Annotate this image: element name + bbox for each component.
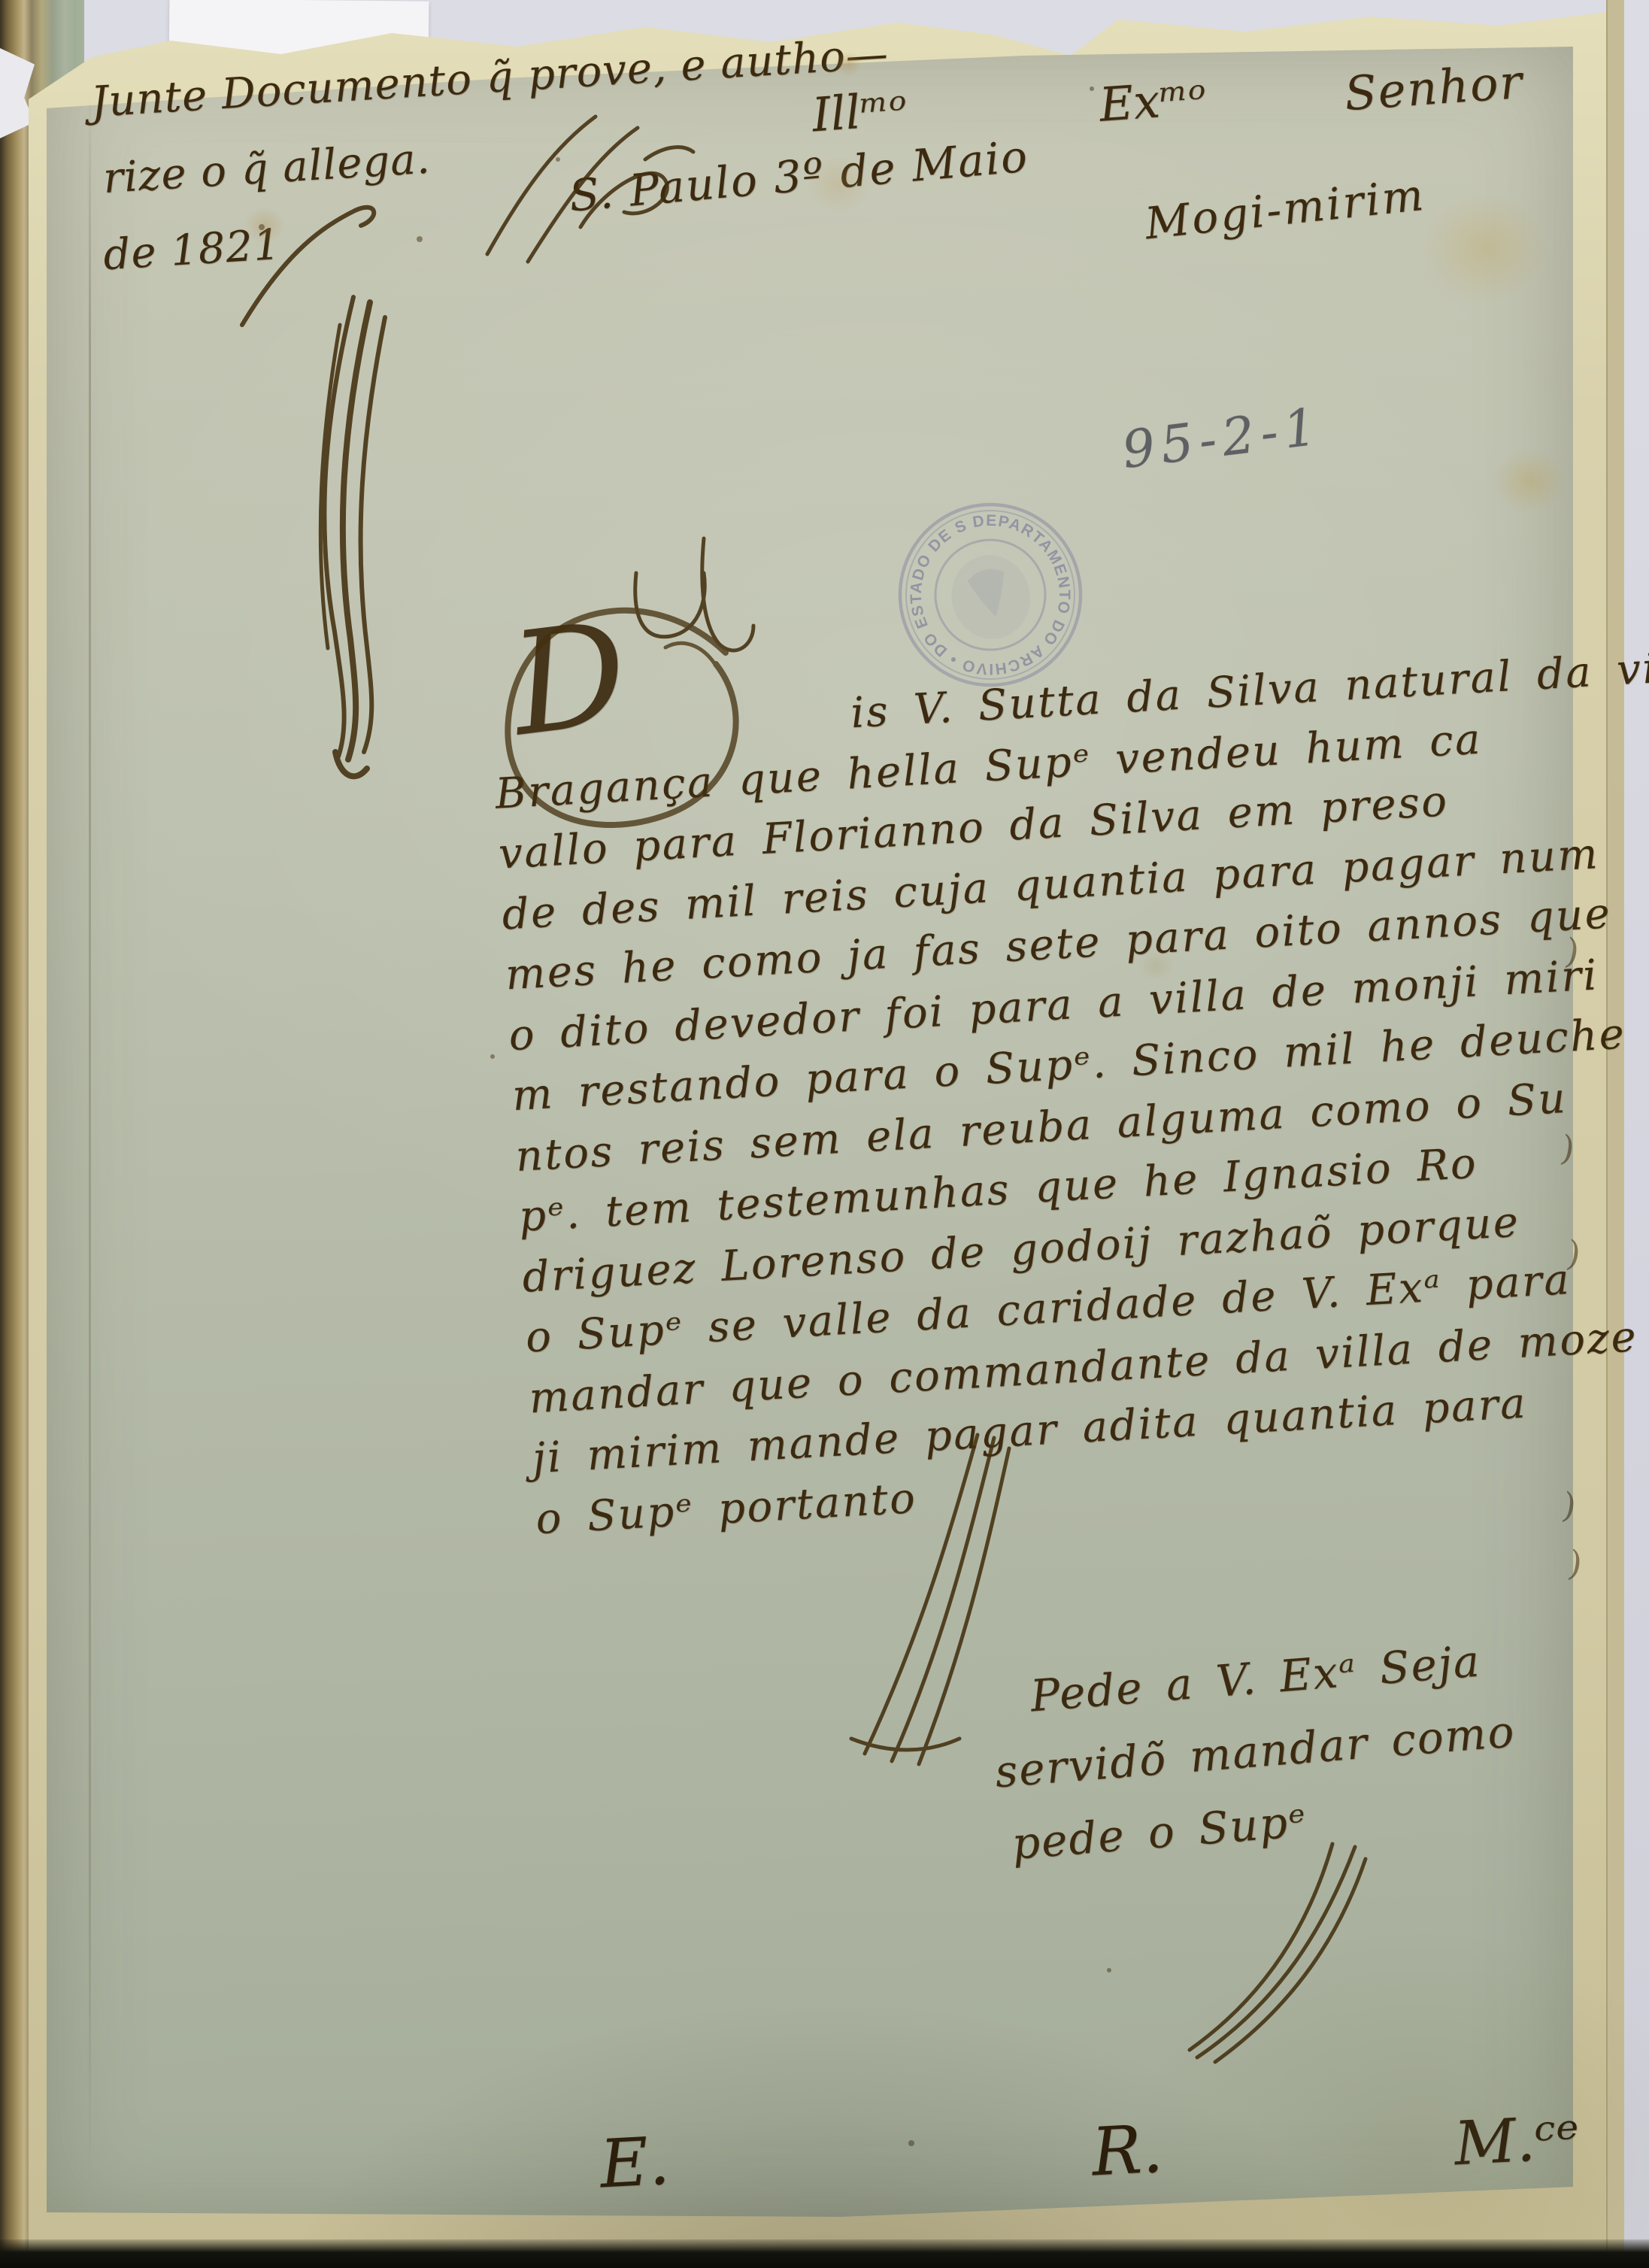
closing-block: Pede a V. Exᵃ Seja servidõ mandar como p… <box>987 1623 1523 1882</box>
page-crease <box>89 90 91 2188</box>
valediction-e: E. <box>598 2122 671 2203</box>
heading-exmo: Exᵐᵒ <box>1098 70 1208 132</box>
valediction-m: M.ᶜᵉ <box>1453 2103 1581 2179</box>
valediction-r: R. <box>1090 2110 1164 2191</box>
heading-illmo: Illᵐᵒ <box>811 81 909 143</box>
photo-bottom-shadow <box>0 2239 1649 2268</box>
document-photo: Junte Documento q̃ prove, e autho— rize … <box>0 0 1649 2268</box>
petition-body: is V. Sutta da Silva natural da villa de… <box>490 631 1649 1550</box>
